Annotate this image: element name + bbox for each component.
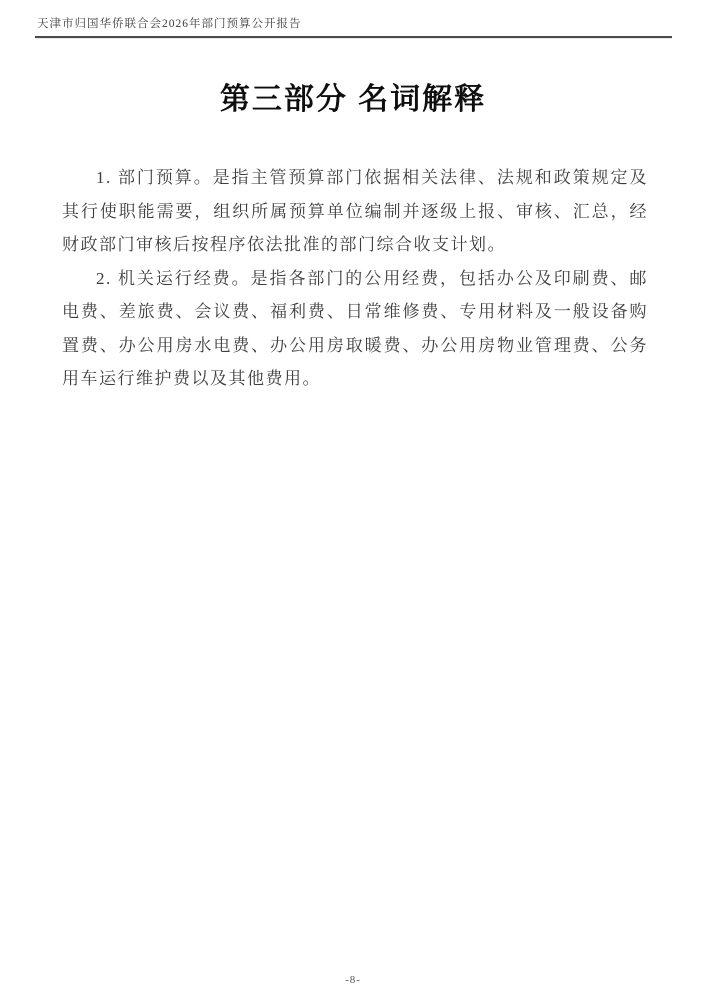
page-footer: -8-: [0, 970, 706, 988]
paragraph-agency-operating-costs: 2. 机关运行经费。是指各部门的公用经费，包括办公及印刷费、邮电费、差旅费、会议…: [62, 262, 648, 396]
page-number: -8-: [345, 974, 361, 986]
page-header: 天津市归国华侨联合会2026年部门预算公开报告: [0, 0, 706, 39]
header-rule: [35, 36, 672, 39]
document-body: 1. 部门预算。是指主管预算部门依据相关法律、法规和政策规定及其行使职能需要，组…: [0, 161, 706, 396]
document-page: 天津市归国华侨联合会2026年部门预算公开报告 第三部分 名词解释 1. 部门预…: [0, 0, 706, 1000]
page-title: 第三部分 名词解释: [0, 83, 706, 117]
header-report-title: 天津市归国华侨联合会2026年部门预算公开报告: [37, 15, 670, 31]
paragraph-department-budget: 1. 部门预算。是指主管预算部门依据相关法律、法规和政策规定及其行使职能需要，组…: [62, 161, 648, 262]
